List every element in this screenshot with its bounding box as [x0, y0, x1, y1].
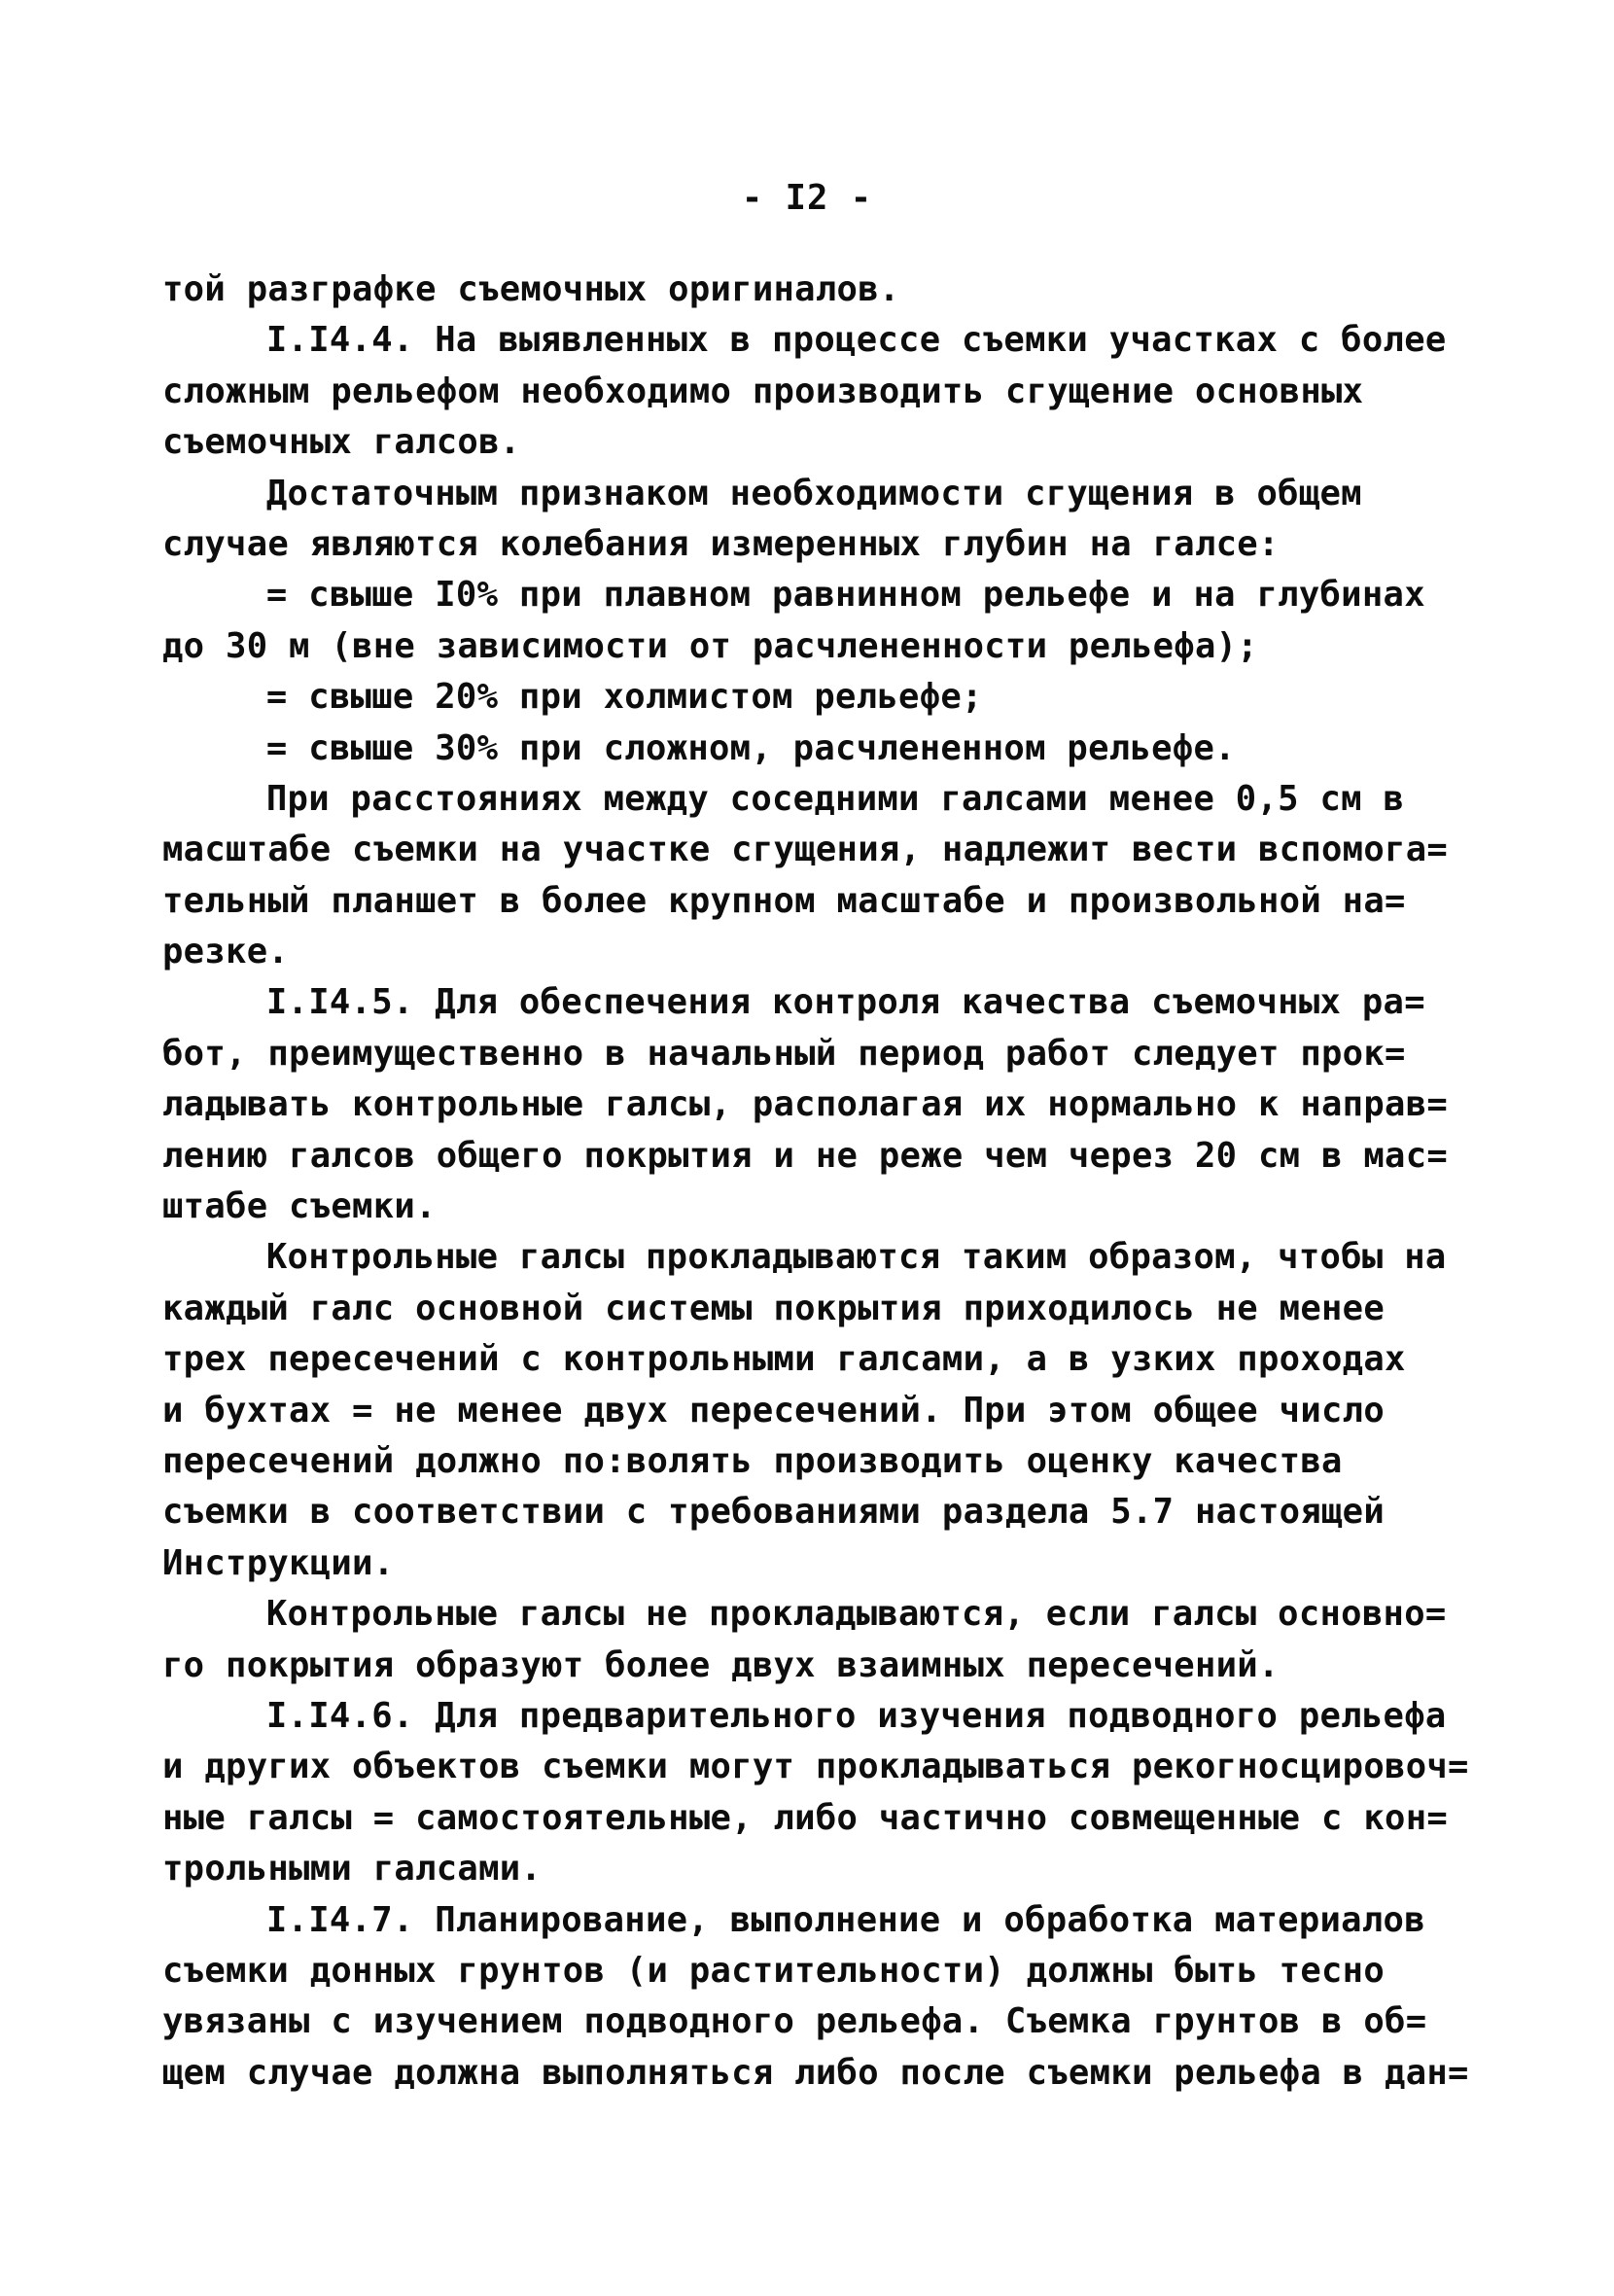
text-line: каждый галс основной системы покрытия пр… — [162, 1284, 1485, 1334]
text-line: = свыше 20% при холмистом рельефе; — [162, 672, 1485, 723]
text-line: = свыше 30% при сложном, расчлененном ре… — [162, 724, 1485, 774]
text-line: и других объектов съемки могут прокладыв… — [162, 1742, 1485, 1792]
text-line: масштабе съемки на участке сгущения, над… — [162, 825, 1485, 875]
text-line: и бухтах = не менее двух пересечений. Пр… — [162, 1386, 1485, 1436]
text-line: трольными галсами. — [162, 1844, 1485, 1894]
text-line: съемки донных грунтов (и растительности)… — [162, 1946, 1485, 1996]
text-line: = свыше I0% при плавном равнинном рельеф… — [162, 570, 1485, 620]
text-line: I.I4.5. Для обеспечения контроля качеств… — [162, 977, 1485, 1028]
text-line: трех пересечений с контрольными галсами,… — [162, 1334, 1485, 1385]
text-line: Контрольные галсы не прокладываются, есл… — [162, 1589, 1485, 1640]
text-line: сложным рельефом необходимо производить … — [162, 367, 1485, 417]
text-line: Инструкции. — [162, 1538, 1485, 1589]
text-line: Контрольные галсы прокладываются таким о… — [162, 1232, 1485, 1283]
text-line: той разграфке съемочных оригиналов. — [162, 265, 1485, 315]
body-text: той разграфке съемочных оригиналов.I.I4.… — [162, 265, 1485, 2099]
text-line: ладывать контрольные галсы, располагая и… — [162, 1079, 1485, 1130]
text-line: увязаны с изучением подводного рельефа. … — [162, 1996, 1485, 2047]
text-line: I.I4.6. Для предварительного изучения по… — [162, 1691, 1485, 1742]
text-line: резке. — [162, 927, 1485, 977]
page-number: - I2 - — [0, 178, 1614, 218]
text-line: пересечений должно по:волять производить… — [162, 1436, 1485, 1487]
text-line: тельный планшет в более крупном масштабе… — [162, 876, 1485, 927]
text-line: I.I4.7. Планирование, выполнение и обраб… — [162, 1895, 1485, 1946]
text-line: Достаточным признаком необходимости сгущ… — [162, 469, 1485, 519]
text-line: съемки в соответствии с требованиями раз… — [162, 1487, 1485, 1537]
text-line: щем случае должна выполняться либо после… — [162, 2048, 1485, 2099]
text-line: лению галсов общего покрытия и не реже ч… — [162, 1131, 1485, 1182]
text-line: го покрытия образуют более двух взаимных… — [162, 1641, 1485, 1691]
text-line: I.I4.4. На выявленных в процессе съемки … — [162, 315, 1485, 366]
text-line: штабе съемки. — [162, 1182, 1485, 1232]
text-line: случае являются колебания измеренных глу… — [162, 519, 1485, 570]
document-page: - I2 - той разграфке съемочных оригинало… — [0, 0, 1614, 2296]
text-line: При расстояниях между соседними галсами … — [162, 774, 1485, 825]
text-line: съемочных галсов. — [162, 417, 1485, 468]
text-line: ные галсы = самостоятельные, либо частич… — [162, 1793, 1485, 1844]
text-line: до 30 м (вне зависимости от расчлененнос… — [162, 621, 1485, 672]
text-line: бот, преимущественно в начальный период … — [162, 1029, 1485, 1079]
